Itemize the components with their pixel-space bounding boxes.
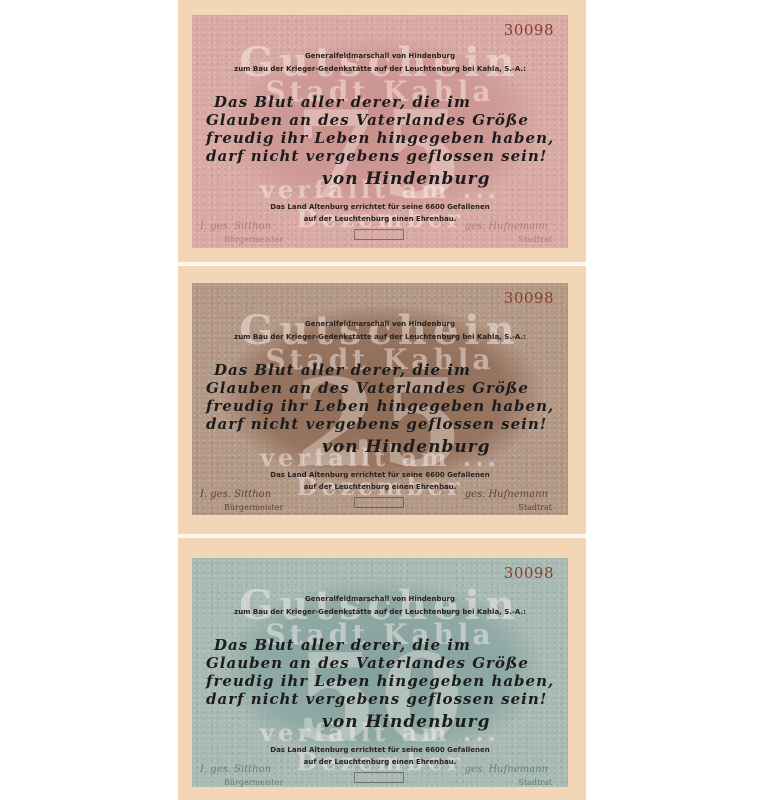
hindenburg-signature: von Hindenburg [322, 169, 568, 189]
footer-line-1: Das Land Altenburg errichtet für seine 6… [192, 201, 568, 213]
printer-stamp [354, 497, 404, 508]
handwritten-line-1: Das Blut aller derer, die im [214, 93, 566, 111]
handwritten-line-1: Das Blut aller derer, die im [214, 636, 566, 654]
footer-line-1: Das Land Altenburg errichtet für seine 6… [192, 469, 568, 481]
printer-stamp [354, 772, 404, 783]
header-line-2: zum Bau der Krieger-Gedenkstätte auf der… [192, 606, 568, 618]
mayor-signature: I. ges. Sitthon [200, 764, 271, 775]
header-line-1: Generalfeldmarschall von Hindenburg [192, 50, 568, 62]
banknote-print-area: Gutschein Stadt Kahla 25 verfällt am ...… [192, 283, 568, 515]
handwritten-line-1: Das Blut aller derer, die im [214, 361, 566, 379]
handwritten-line-3: freudig ihr Leben hingegeben haben, [206, 129, 558, 147]
councillor-signature: ges. Hufnemann [465, 764, 548, 775]
councillor-title: Stadtrat [518, 778, 552, 787]
handwritten-line-2: Glauben an des Vaterlandes Größe [206, 654, 558, 672]
serial-number: 30098 [504, 289, 554, 307]
mayor-title: Bürgermeister [224, 778, 283, 787]
handwritten-line-3: freudig ihr Leben hingegeben haben, [206, 672, 558, 690]
mayor-signature: I. ges. Sitthon [200, 221, 271, 232]
serial-number: 30098 [504, 564, 554, 582]
handwritten-line-2: Glauben an des Vaterlandes Größe [206, 111, 558, 129]
mayor-title: Bürgermeister [224, 503, 283, 512]
councillor-title: Stadtrat [518, 503, 552, 512]
councillor-signature: ges. Hufnemann [465, 221, 548, 232]
header-line-1: Generalfeldmarschall von Hindenburg [192, 318, 568, 330]
banknote-sheet-rose: Gutschein Stadt Kahla 75 verfällt am ...… [178, 0, 586, 262]
banknote-sheet-blue-green: Gutschein Stadt Kahla 50 verfällt am ...… [178, 538, 586, 800]
mayor-signature: I. ges. Sitthon [200, 489, 271, 500]
handwritten-line-3: freudig ihr Leben hingegeben haben, [206, 397, 558, 415]
handwritten-line-2: Glauben an des Vaterlandes Größe [206, 379, 558, 397]
header-line-2: zum Bau der Krieger-Gedenkstätte auf der… [192, 331, 568, 343]
footer-line-1: Das Land Altenburg errichtet für seine 6… [192, 744, 568, 756]
banknote-print-area: Gutschein Stadt Kahla 75 verfällt am ...… [192, 15, 568, 248]
handwritten-line-4: darf nicht vergebens geflossen sein! [206, 415, 558, 433]
councillor-title: Stadtrat [518, 235, 552, 244]
header-line-1: Generalfeldmarschall von Hindenburg [192, 593, 568, 605]
header-line-2: zum Bau der Krieger-Gedenkstätte auf der… [192, 63, 568, 75]
mayor-title: Bürgermeister [224, 235, 283, 244]
banknote-print-area: Gutschein Stadt Kahla 50 verfällt am ...… [192, 558, 568, 787]
handwritten-line-4: darf nicht vergebens geflossen sein! [206, 147, 558, 165]
banknote-sheet-brown: Gutschein Stadt Kahla 25 verfällt am ...… [178, 266, 586, 534]
hindenburg-signature: von Hindenburg [322, 712, 568, 732]
serial-number: 30098 [504, 21, 554, 39]
hindenburg-signature: von Hindenburg [322, 437, 568, 457]
printer-stamp [354, 229, 404, 240]
councillor-signature: ges. Hufnemann [465, 489, 548, 500]
handwritten-line-4: darf nicht vergebens geflossen sein! [206, 690, 558, 708]
